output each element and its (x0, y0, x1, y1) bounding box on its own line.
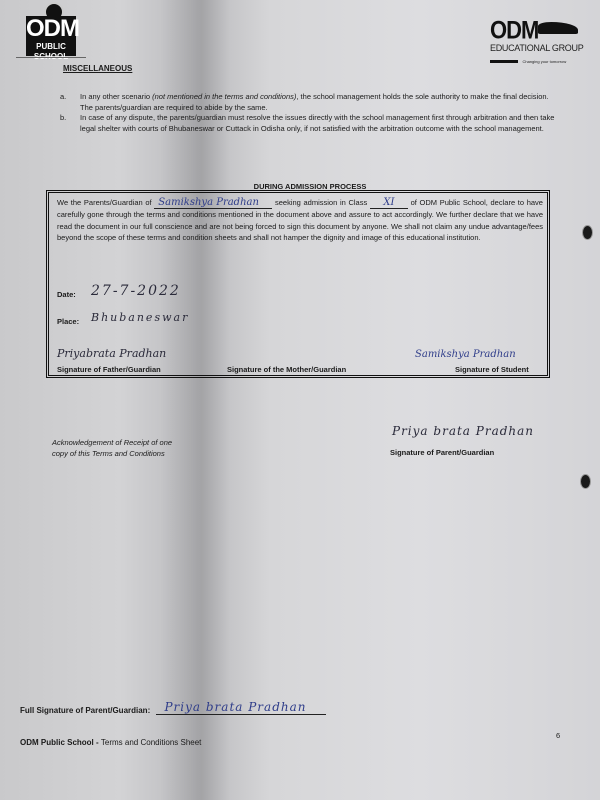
full-signature-label: Full Signature of Parent/Guardian: (20, 706, 150, 715)
student-name-field[interactable]: Samikshya Pradhan (154, 198, 272, 209)
logo-tagline: Changing your tomorrow (522, 59, 566, 64)
list-marker: a. (60, 92, 66, 103)
date-field[interactable]: 27-7-2022 (91, 283, 181, 299)
acknowledgement-signature-label: Signature of Parent/Guardian (390, 448, 494, 457)
odm-public-school-logo: ODM PUBLIC SCHOOL (22, 8, 80, 56)
student-signature-label: Signature of Student (455, 365, 529, 374)
acknowledgement-text: Acknowledgement of Receipt of one copy o… (52, 437, 172, 459)
punch-hole-icon (582, 225, 593, 240)
full-signature-row: Full Signature of Parent/Guardian: Priya… (20, 704, 326, 715)
logo-sub: PUBLIC SCHOOL (26, 42, 76, 62)
list-item: b. In case of any dispute, the parents/g… (60, 113, 560, 134)
class-field[interactable]: XI (370, 198, 408, 209)
list-marker: b. (60, 113, 66, 124)
logo-divider (16, 57, 86, 58)
mother-signature-label: Signature of the Mother/Guardian (227, 365, 346, 374)
logo-sub: EDUCATIONAL GROUP (490, 43, 590, 53)
punch-hole-icon (580, 474, 591, 489)
place-label: Place: (57, 317, 79, 326)
footer: ODM Public School - Terms and Conditions… (20, 738, 201, 747)
father-signature[interactable]: Priyabrata Pradhan (57, 347, 166, 360)
page-number: 6 (556, 731, 560, 740)
date-label: Date: (57, 290, 76, 299)
place-field[interactable]: Bhubaneswar (91, 311, 189, 324)
miscellaneous-heading: MISCELLANEOUS (63, 64, 132, 73)
father-signature-label: Signature of Father/Guardian (57, 365, 161, 374)
full-signature-field[interactable]: Priya brata Pradhan (156, 704, 326, 715)
odm-educational-group-logo: ODM EDUCATIONAL GROUP Changing your tomo… (490, 18, 590, 66)
logo-bar (490, 60, 518, 63)
declaration-box: We the Parents/Guardian of Samikshya Pra… (46, 190, 550, 378)
declaration-text: We the Parents/Guardian of Samikshya Pra… (57, 197, 543, 244)
list-item: a. In any other scenario (not mentioned … (60, 92, 560, 113)
miscellaneous-list: a. In any other scenario (not mentioned … (60, 92, 560, 134)
logo-brand: ODM (26, 15, 79, 42)
student-signature[interactable]: Samikshya Pradhan (415, 349, 516, 360)
acknowledgement-signature[interactable]: Priya brata Pradhan (392, 424, 534, 438)
